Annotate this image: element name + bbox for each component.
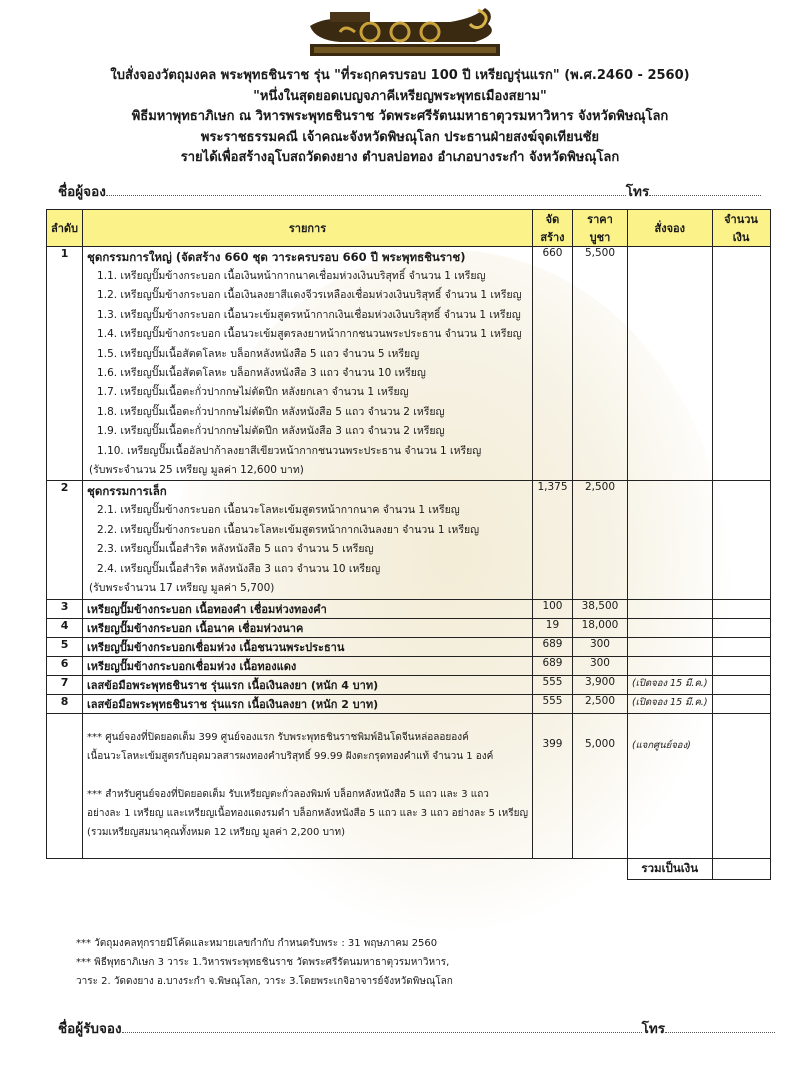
total-row: รวมเป็นเงิน	[47, 858, 771, 879]
list-item: 1.7. เหรียญปั๊มเนื้อตะกั่วปากกษไม่ตัดปีก…	[87, 383, 528, 402]
row-number: 5	[47, 637, 83, 656]
list-item: 1.1. เหรียญปั๊มข้างกระบอก เนื้อเงินหน้าก…	[87, 267, 528, 286]
group-1-items: ชุดกรรมการใหญ่ (จัดสร้าง 660 ชุด วาระครบ…	[83, 247, 533, 481]
promo-line: *** ศูนย์จองที่ปิดยอดเต็ม 399 ศูนย์จองแร…	[87, 728, 528, 747]
amount-input-cell[interactable]	[712, 599, 770, 618]
price-cell: 38,500	[572, 599, 627, 618]
price-cell: 2,500	[572, 481, 627, 599]
table-row: 3 เหรียญปั๊มข้างกระบอก เนื้อทองคำ เชื่อม…	[47, 599, 771, 618]
promo-line: อย่างละ 1 เหรียญ และเหรียญเนื้อทองแดงรมด…	[87, 804, 528, 823]
price-cell: 300	[572, 637, 627, 656]
price-cell: 300	[572, 656, 627, 675]
list-item: 1.2. เหรียญปั๊มข้างกระบอก เนื้อเงินลงยาส…	[87, 286, 528, 305]
row-number: 3	[47, 599, 83, 618]
receiver-phone-field[interactable]	[665, 1021, 775, 1033]
table-header-row: ลำดับ รายการ จัดสร้าง ราคาบูชา สั่งจอง จ…	[47, 210, 771, 247]
table-row: 7 เลสข้อมือพระพุทธชินราช รุ่นแรก เนื้อเง…	[47, 675, 771, 694]
list-item: 2.1. เหรียญปั๊มข้างกระบอก เนื้อนวะโลหะเข…	[87, 501, 528, 520]
order-input-cell[interactable]	[627, 599, 712, 618]
orderer-name-label: ชื่อผู้จอง	[58, 184, 106, 200]
item-name: เหรียญปั๊มข้างกระบอกเชื่อมห่วง เนื้อทองแ…	[83, 656, 533, 675]
row-number: 8	[47, 694, 83, 713]
orderer-line: ชื่อผู้จองโทร	[58, 180, 761, 202]
item-name: เหรียญปั๊มข้างกระบอก เนื้อนาค เชื่อมห่วง…	[83, 618, 533, 637]
price-cell: 3,900	[572, 675, 627, 694]
total-amount-field[interactable]	[712, 858, 770, 879]
qty-cell: 660	[532, 247, 572, 481]
promo-note-cell: (แจกศูนย์จอง)	[627, 713, 712, 858]
order-table: ลำดับ รายการ จัดสร้าง ราคาบูชา สั่งจอง จ…	[46, 209, 771, 880]
receiver-phone-label: โทร	[642, 1021, 665, 1037]
group-2-items: ชุดกรรมการเล็ก 2.1. เหรียญปั๊มข้างกระบอก…	[83, 481, 533, 599]
promo-line: เนื้อนวะโลหะเข้มสูตรกับอุดมวลสารผงทองคำบ…	[87, 747, 528, 766]
table-row: 6 เหรียญปั๊มข้างกระบอกเชื่อมห่วง เนื้อทอ…	[47, 656, 771, 675]
list-item: 1.8. เหรียญปั๊มเนื้อตะกั่วปากกษไม่ตัดปีก…	[87, 403, 528, 422]
list-item: 2.3. เหรียญปั๊มเนื้อสำริด หลังหนังสือ 5 …	[87, 540, 528, 559]
order-input-cell[interactable]	[627, 247, 712, 481]
table-row: 5 เหรียญปั๊มข้างกระบอกเชื่อมห่วง เนื้อชน…	[47, 637, 771, 656]
group-title: ชุดกรรมการเล็ก	[87, 481, 528, 501]
item-name: เหรียญปั๊มข้างกระบอก เนื้อทองคำ เชื่อมห่…	[83, 599, 533, 618]
receiver-line: ชื่อผู้รับจองโทร	[58, 1017, 775, 1039]
qty-cell: 555	[532, 694, 572, 713]
order-input-cell[interactable]	[627, 637, 712, 656]
qty-cell: 399	[532, 713, 572, 858]
header-title: ใบสั่งจองวัตถุมงคล พระพุทธชินราช รุ่น "ท…	[0, 66, 800, 87]
orderer-name-field[interactable]	[106, 184, 626, 196]
list-item: 1.9. เหรียญปั๊มเนื้อตะกั่วปากกษไม่ตัดปีก…	[87, 422, 528, 441]
group-summary: (รับพระจำนวน 25 เหรียญ มูลค่า 12,600 บาท…	[87, 461, 528, 480]
table-row-group-2: 2 ชุดกรรมการเล็ก 2.1. เหรียญปั๊มข้างกระบ…	[47, 481, 771, 599]
group-summary: (รับพระจำนวน 17 เหรียญ มูลค่า 5,700)	[87, 579, 528, 598]
total-label: รวมเป็นเงิน	[627, 858, 712, 879]
footnotes: *** วัตถุมงคลทุกรายมีโค้ดและหมายเลขกำกับ…	[76, 934, 453, 991]
list-item: 1.5. เหรียญปั๊มเนื้อสัตตโลหะ บล็อกหลังหน…	[87, 345, 528, 364]
promo-description: *** ศูนย์จองที่ปิดยอดเต็ม 399 ศูนย์จองแร…	[83, 713, 533, 858]
order-input-cell[interactable]	[627, 481, 712, 599]
order-input-cell[interactable]	[627, 618, 712, 637]
row-number: 7	[47, 675, 83, 694]
row-number-empty	[47, 713, 83, 858]
item-name: เลสข้อมือพระพุทธชินราช รุ่นแรก เนื้อเงิน…	[83, 694, 533, 713]
table-row: 8 เลสข้อมือพระพุทธชินราช รุ่นแรก เนื้อเง…	[47, 694, 771, 713]
list-item: 1.10. เหรียญปั๊มเนื้ออัลปาก้าลงยาสีเขียว…	[87, 442, 528, 461]
col-header-price: ราคาบูชา	[572, 210, 627, 247]
price-cell: 5,000	[572, 713, 627, 858]
price-cell: 18,000	[572, 618, 627, 637]
table-row-promo: *** ศูนย์จองที่ปิดยอดเต็ม 399 ศูนย์จองแร…	[47, 713, 771, 858]
amount-input-cell[interactable]	[712, 675, 770, 694]
qty-cell: 100	[532, 599, 572, 618]
item-name: เหรียญปั๊มข้างกระบอกเชื่อมห่วง เนื้อชนวน…	[83, 637, 533, 656]
list-item: 1.4. เหรียญปั๊มข้างกระบอก เนื้อนวะเข้มสู…	[87, 325, 528, 344]
amount-input-cell[interactable]	[712, 481, 770, 599]
col-header-no: ลำดับ	[47, 210, 83, 247]
qty-cell: 689	[532, 656, 572, 675]
amount-input-cell[interactable]	[712, 713, 770, 858]
document-header: ใบสั่งจองวัตถุมงคล พระพุทธชินราช รุ่น "ท…	[0, 66, 800, 169]
orderer-phone-field[interactable]	[649, 184, 761, 196]
col-header-order: สั่งจอง	[627, 210, 712, 247]
header-ceremony: พิธีมหาพุทธาภิเษก ณ วิหารพระพุทธชินราช ว…	[0, 107, 800, 128]
header-subtitle: "หนึ่งในสุดยอดเบญจภาคีเหรียญพระพุทธเมือง…	[0, 87, 800, 108]
table-row: 4 เหรียญปั๊มข้างกระบอก เนื้อนาค เชื่อมห่…	[47, 618, 771, 637]
amount-input-cell[interactable]	[712, 618, 770, 637]
price-cell: 5,500	[572, 247, 627, 481]
group-title: ชุดกรรมการใหญ่ (จัดสร้าง 660 ชุด วาระครบ…	[87, 247, 528, 267]
header-chair: พระราชธรรมคณี เจ้าคณะจังหวัดพิษณุโลก ประ…	[0, 128, 800, 149]
price-cell: 2,500	[572, 694, 627, 713]
row-number: 6	[47, 656, 83, 675]
footnote-line: *** วัตถุมงคลทุกรายมีโค้ดและหมายเลขกำกับ…	[76, 934, 453, 953]
amount-input-cell[interactable]	[712, 247, 770, 481]
orderer-phone-label: โทร	[626, 184, 649, 200]
order-note: (เปิดจอง 15 มี.ค.)	[627, 694, 712, 713]
row-number: 1	[47, 247, 83, 481]
qty-cell: 689	[532, 637, 572, 656]
row-number: 4	[47, 618, 83, 637]
promo-line: *** สำหรับศูนย์จองที่ปิดยอดเต็ม รับเหรีย…	[87, 785, 528, 804]
table-row-group-1: 1 ชุดกรรมการใหญ่ (จัดสร้าง 660 ชุด วาระค…	[47, 247, 771, 481]
qty-cell: 555	[532, 675, 572, 694]
list-item: 2.4. เหรียญปั๊มเนื้อสำริด หลังหนังสือ 3 …	[87, 560, 528, 579]
amount-input-cell[interactable]	[712, 656, 770, 675]
promo-line: (รวมเหรียญสมนาคุณทั้งหมด 12 เหรียญ มูลค่…	[87, 823, 528, 842]
footnote-line: วาระ 2. วัดดงยาง อ.บางระกำ จ.พิษณุโลก, ว…	[76, 972, 453, 991]
footnote-line: *** พิธีพุทธาภิเษก 3 วาระ 1.วิหารพระพุทธ…	[76, 953, 453, 972]
order-note: (เปิดจอง 15 มี.ค.)	[627, 675, 712, 694]
receiver-name-label: ชื่อผู้รับจอง	[58, 1021, 122, 1037]
order-input-cell[interactable]	[627, 656, 712, 675]
item-name: เลสข้อมือพระพุทธชินราช รุ่นแรก เนื้อเงิน…	[83, 675, 533, 694]
promo-note: (แจกศูนย์จอง)	[632, 735, 708, 753]
col-header-qty: จัดสร้าง	[532, 210, 572, 247]
centenary-logo-icon	[300, 4, 510, 58]
header-purpose: รายได้เพื่อสร้างอุโบสถวัดดงยาง ตำบลบ่อทอ…	[0, 148, 800, 169]
amount-input-cell[interactable]	[712, 694, 770, 713]
amount-input-cell[interactable]	[712, 637, 770, 656]
list-item: 1.3. เหรียญปั๊มข้างกระบอก เนื้อนวะเข้มสู…	[87, 306, 528, 325]
receiver-name-field[interactable]	[122, 1021, 642, 1033]
col-header-item: รายการ	[83, 210, 533, 247]
qty-cell: 19	[532, 618, 572, 637]
list-item: 2.2. เหรียญปั๊มข้างกระบอก เนื้อนวะโลหะเข…	[87, 521, 528, 540]
row-number: 2	[47, 481, 83, 599]
list-item: 1.6. เหรียญปั๊มเนื้อสัตตโลหะ บล็อกหลังหน…	[87, 364, 528, 383]
qty-cell: 1,375	[532, 481, 572, 599]
col-header-amount: จำนวนเงิน	[712, 210, 770, 247]
